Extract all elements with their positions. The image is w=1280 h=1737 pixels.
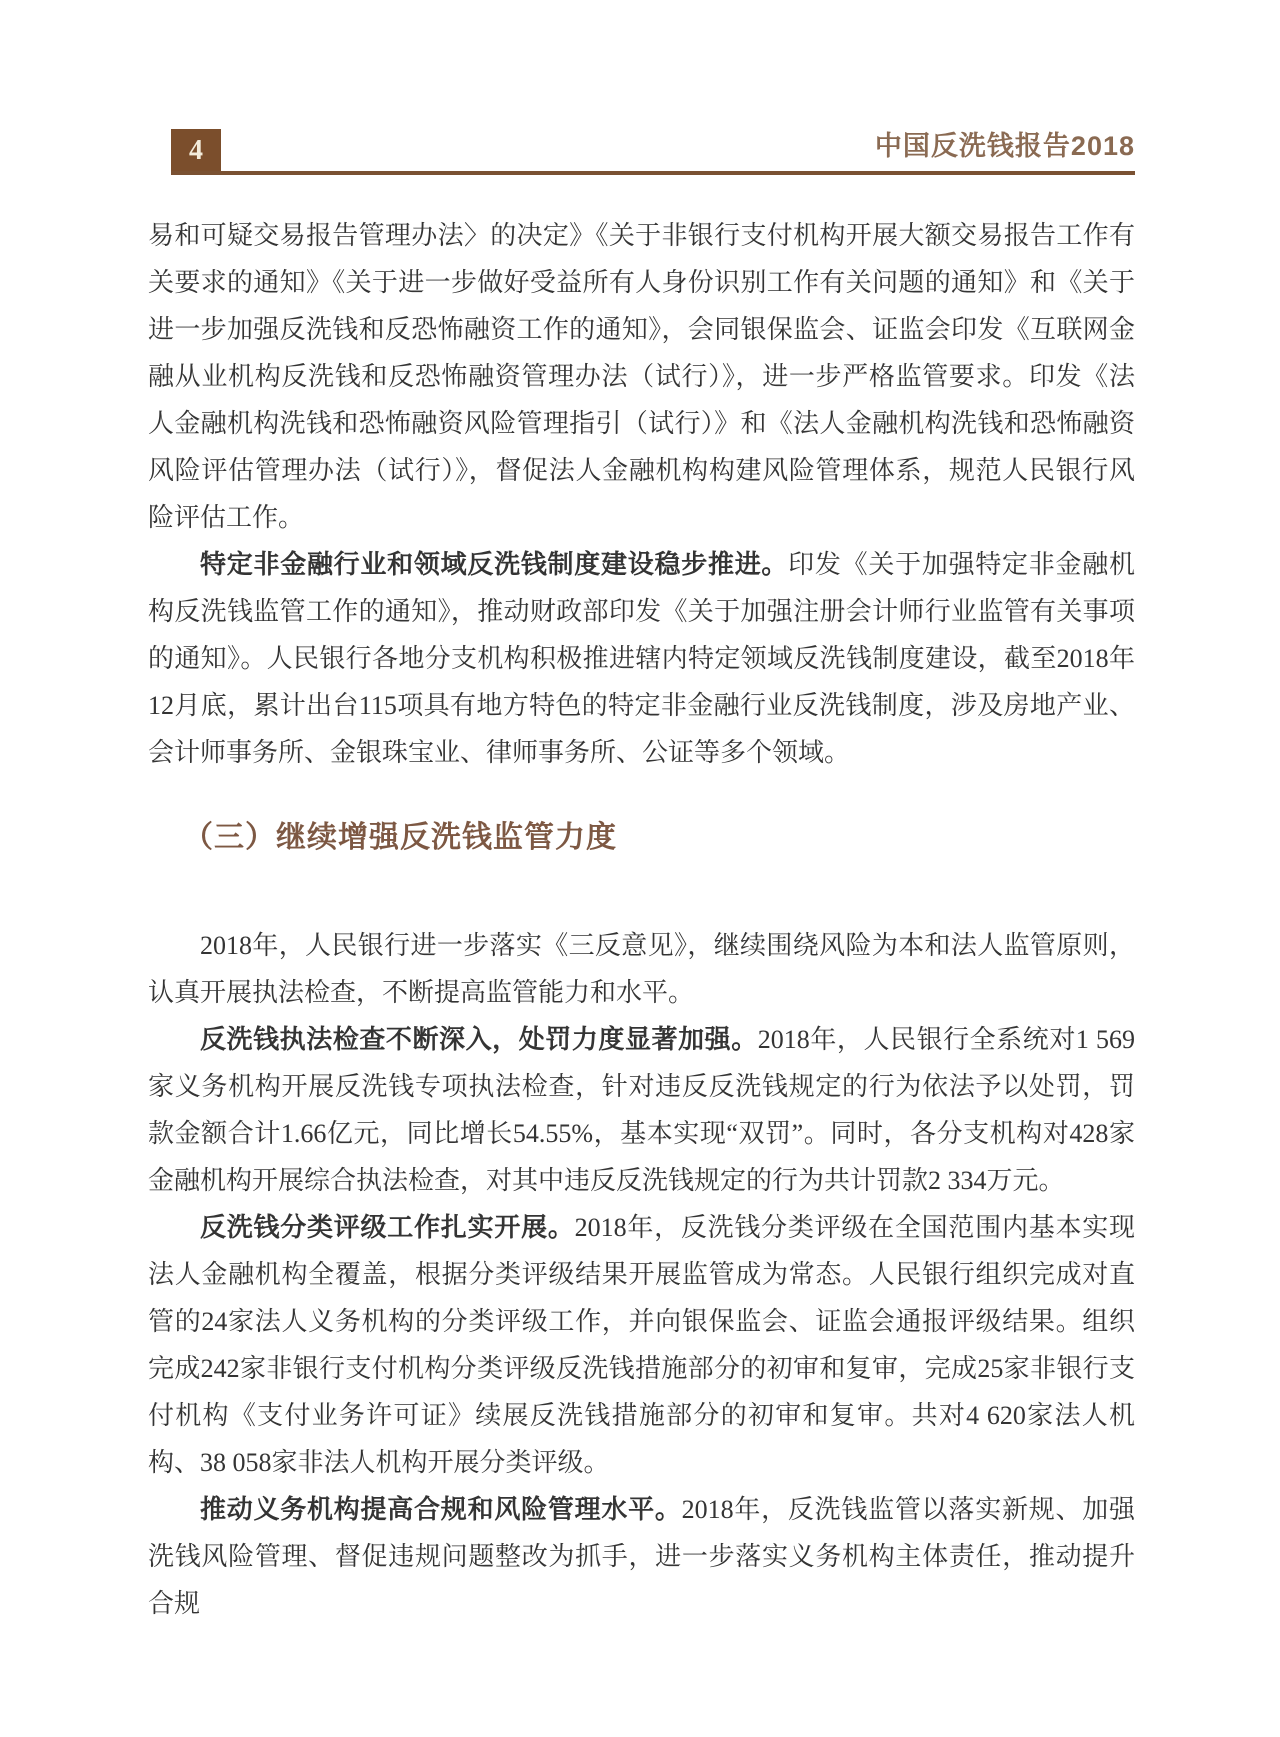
- paragraph-bold-lead: 推动义务机构提高合规和风险管理水平。: [200, 1494, 682, 1524]
- paragraph-section-intro: 2018年，人民银行进一步落实《三反意见》，继续围绕风险为本和法人监管原则，认真…: [148, 922, 1135, 1016]
- paragraph-continuation: 易和可疑交易报告管理办法〉的决定》《关于非银行支付机构开展大额交易报告工作有关要…: [148, 212, 1135, 541]
- paragraph-bold-lead: 特定非金融行业和领域反洗钱制度建设稳步推进。: [200, 549, 788, 579]
- report-title: 中国反洗钱报告2018: [875, 131, 1135, 161]
- section-heading: （三）继续增强反洗钱监管力度: [183, 816, 1135, 860]
- paragraph-classification-rating: 反洗钱分类评级工作扎实开展。2018年，反洗钱分类评级在全国范围内基本实现法人金…: [148, 1204, 1135, 1486]
- document-page: 4 中国反洗钱报告2018 易和可疑交易报告管理办法〉的决定》《关于非银行支付机…: [0, 0, 1280, 1737]
- paragraph-enforcement: 反洗钱执法检查不断深入，处罚力度显著加强。2018年，人民银行全系统对1 569…: [148, 1016, 1135, 1204]
- paragraph-text: 易和可疑交易报告管理办法〉的决定》《关于非银行支付机构开展大额交易报告工作有关要…: [148, 221, 1135, 532]
- paragraph-bold-lead: 反洗钱执法检查不断深入，处罚力度显著加强。: [200, 1024, 758, 1054]
- paragraph-special-industries: 特定非金融行业和领域反洗钱制度建设稳步推进。印发《关于加强特定非金融机构反洗钱监…: [148, 541, 1135, 776]
- page-body: 易和可疑交易报告管理办法〉的决定》《关于非银行支付机构开展大额交易报告工作有关要…: [148, 212, 1135, 1627]
- page-number-badge: 4: [171, 129, 221, 173]
- paragraph-text: 2018年，反洗钱分类评级在全国范围内基本实现法人金融机构全覆盖，根据分类评级结…: [148, 1213, 1135, 1477]
- paragraph-bold-lead: 反洗钱分类评级工作扎实开展。: [200, 1212, 575, 1242]
- paragraph-text: 2018年，人民银行进一步落实《三反意见》，继续围绕风险为本和法人监管原则，认真…: [148, 931, 1135, 1007]
- paragraph-compliance: 推动义务机构提高合规和风险管理水平。2018年，反洗钱监管以落实新规、加强洗钱风…: [148, 1486, 1135, 1627]
- header-rule: [171, 171, 1135, 175]
- paragraph-text: 印发《关于加强特定非金融机构反洗钱监管工作的通知》，推动财政部印发《关于加强注册…: [148, 550, 1135, 767]
